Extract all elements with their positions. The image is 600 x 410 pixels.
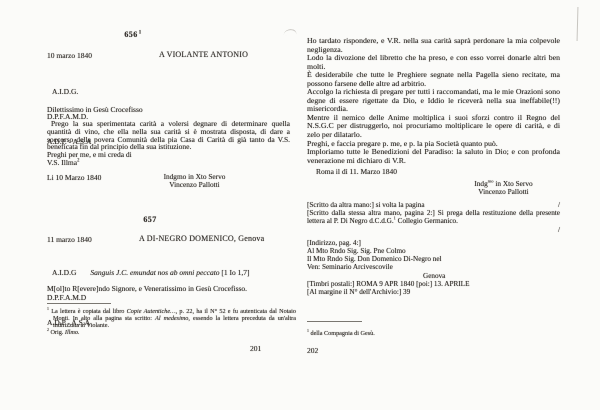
letter-656-recipient: A VIOLANTE ANTONIO xyxy=(159,50,248,59)
footnote-italic: Copie Autentiche… xyxy=(127,308,176,315)
letter-657-date: 11 marzo 1840 xyxy=(47,235,92,244)
letter-656-footnote-mark: 1 xyxy=(139,30,142,35)
closing-abbrev: V.S. Illma xyxy=(47,158,77,167)
closing-footnote-mark: 2 xyxy=(77,158,79,163)
footnote-mark: 1 xyxy=(47,307,49,311)
sigla-line: A.I.D.G xyxy=(47,268,76,277)
letter-657-sigla: A.I.D.GSanguis J.C. emundat nos ab omni … xyxy=(47,252,290,344)
letter-656-closing-2: V.S. Illma2 xyxy=(47,159,290,167)
book-scan: 656 1 10 marzo 1840 A VIOLANTE ANTONIO A… xyxy=(0,0,600,410)
archive-number-line: [Al margine il N° dell'Archivio:] 39 xyxy=(307,288,560,296)
footnote-mark: 2 xyxy=(47,328,49,332)
letter-656-paragraph: Prego la sua sperimentata carità a voler… xyxy=(47,120,290,151)
paragraph: Mentre il nemico delle Anime moltiplica … xyxy=(307,114,560,140)
editorial-note-2: [Scritto dalla stessa altra mano, pagina… xyxy=(307,209,560,225)
paragraph: Accolgo la richiesta di pregare per tutt… xyxy=(307,88,560,114)
line-break-slash: / xyxy=(558,201,560,209)
address-line: Ven: Seminario Arcivescovile xyxy=(307,263,560,271)
page-number-201: 201 xyxy=(250,344,261,353)
sigla-line: D.P.F.A.M.D xyxy=(47,294,290,302)
address-city: Genova xyxy=(307,272,560,280)
letter-657-body: Ho tardato rispondere, e V.R. nella sua … xyxy=(307,37,560,165)
footnote-mark: 1 xyxy=(307,329,309,333)
page-number-202: 202 xyxy=(307,346,318,355)
letter-657-motto-ref: [1 Io 1,7] xyxy=(221,268,249,277)
paragraph: Ho tardato rispondere, e V.R. nella sua … xyxy=(307,37,560,54)
letter-657-salutation: M[ol]to R[evere]ndo Signore, e Veneratis… xyxy=(47,284,247,293)
footnote-text: Orig. xyxy=(50,329,64,336)
postmarks-line: [Timbri postali:] ROMA 9 APR 1840 [poi:]… xyxy=(307,280,560,288)
footnote-rule xyxy=(47,303,111,304)
letter-657-number: 657 xyxy=(100,215,200,224)
letter-657-signature: Indgmo in Xto Servo Vincenzo Pallotti xyxy=(447,180,560,196)
right-page: Ho tardato rispondere, e V.R. nella sua … xyxy=(307,0,560,410)
note-text: Collegio Germanico. xyxy=(396,217,458,225)
footnote-1: 1 della Compagnia di Gesù. xyxy=(307,330,375,337)
letter-657-motto: Sanguis J.C. emundat nos ab omni peccato xyxy=(90,268,219,277)
footnote-2: 2 Orig. Illmo. xyxy=(47,329,80,336)
letter-656-salutation: Dilettissimo in Gesù Crocefisso xyxy=(47,105,143,114)
footnote-1: 1 La lettera è copiata dal libro Copie A… xyxy=(47,308,296,329)
letter-656-body: Prego la sua sperimentata carità a voler… xyxy=(47,120,290,167)
letter-656-dateline: Li 10 Marzo 1840 xyxy=(47,173,101,182)
scan-edge-artifact xyxy=(577,7,579,41)
sigla-motto-line: A.I.D.GSanguis J.C. emundat nos ab omni … xyxy=(47,269,290,277)
letter-656-signature: Indgmo in Xto Servo Vincenzo Pallotti xyxy=(142,173,247,189)
letter-657-dateline: Roma il dì 11. Marzo 1840 xyxy=(316,167,397,176)
left-page: 656 1 10 marzo 1840 A VIOLANTE ANTONIO A… xyxy=(47,0,290,410)
letter-656-number: 656 1 xyxy=(83,30,183,39)
address-block: [Indirizzo, pag. 4:] Al Mto Rndo Sig. Si… xyxy=(307,239,560,296)
letter-656-closing: Preghi per me, e mi creda di xyxy=(47,151,290,159)
signature-name: Vincenzo Pallotti xyxy=(142,181,247,189)
footnote-italic: Illmo. xyxy=(65,329,80,336)
sigla-line: A.I.D.G. xyxy=(47,88,91,96)
paragraph: È desiderabile che tutte le Preghiere se… xyxy=(307,71,560,88)
letter-657-recipient: A DI-NEGRO DOMENICO, Genova xyxy=(139,234,264,243)
line-break-slash: / xyxy=(558,226,560,234)
footnote-rule xyxy=(307,321,362,322)
note-text: [Scritto da altra mano:] si volta la pag… xyxy=(307,201,425,209)
signature-name: Vincenzo Pallotti xyxy=(447,188,560,196)
address-header: [Indirizzo, pag. 4:] xyxy=(307,239,560,247)
editorial-note-1: [Scritto da altra mano:] si volta la pag… xyxy=(307,201,560,209)
footnote-italic: Al medesimo xyxy=(155,315,188,322)
paragraph: Lodo la divozione del libretto che ha pr… xyxy=(307,54,560,71)
letter-656-number-text: 656 xyxy=(124,30,137,39)
paragraph: Imploriamo tutte le Benedizioni del Para… xyxy=(307,148,560,165)
footnote-text: La lettera è copiata dal libro xyxy=(51,308,126,315)
letter-656-date: 10 marzo 1840 xyxy=(47,51,92,60)
footnote-text: della Compagnia di Gesù. xyxy=(310,330,374,337)
